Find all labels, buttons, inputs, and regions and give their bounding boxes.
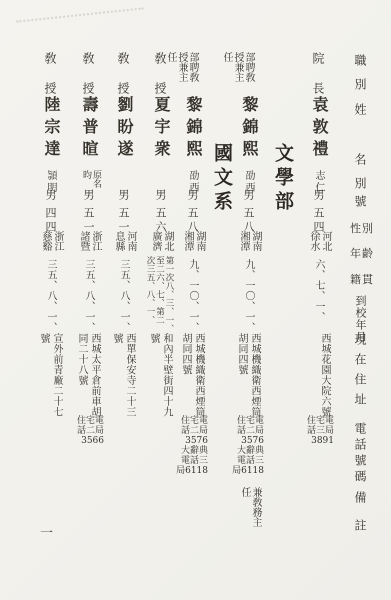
address-cell: 和內半壁街四十九號 [147,333,173,425]
note-cell: 兼敎務主任 [239,487,261,533]
address-cell: 西城機織衛西煙筒胡同四號 [179,333,205,425]
address-cell: 西城機織衛西煙筒胡同四號 [235,333,261,425]
phone-cell: 住宅電 話二局 3566 [68,416,104,446]
person-column-shou-puxuan: 敎授 壽普暄 原名昀 男 五一 浙江諸暨 三五、八、一、 西城太平倉前車胡同二十… [72,50,102,570]
gender-cell: 男 [312,189,324,200]
address-cell: 西城太平倉前車胡同二十八號 [75,333,101,425]
header-age: 年齡 [350,245,374,261]
header-column: 職別 姓 名 別號 性別 年齡 籍貫 到校年月 現在住址 電話號碼 備註 [344,50,374,570]
scan-artifact [16,7,144,22]
header-origin: 籍貫 [350,271,374,287]
name-cell: 陸宗達 [45,96,57,162]
header-note: 備註 [354,491,366,547]
origin-cell: 浙江諸暨 [77,231,101,257]
origin-cell: 湖南湘潭 [237,231,261,257]
origin-cell: 浙江慈谿 [39,231,63,257]
origin-cell: 河北徐水 [307,231,331,257]
name-cell: 夏宇衆 [155,96,167,162]
phone-cell: 住宅電 話二局 3576 大辭典 電話三 局6118 [228,416,264,476]
person-column-xia-yuzhong: 敎授 夏宇衆 男 五六 湖北廣濟 第一次八、三、一、 至二六、七、第二 次三五、… [146,50,174,570]
header-gender: 性別 [350,220,374,236]
name-cell: 壽普暄 [83,96,95,162]
header-phone: 電話號碼 [354,422,366,486]
header-alias: 別號 [354,177,366,213]
address-cell: 西城花園大院六號 [318,333,331,425]
address-cell: 西單保安寺二十三號 [110,333,136,425]
header-surname: 姓 [354,103,366,115]
name-cell: 袁敦禮 [313,96,325,162]
name-cell: 黎錦熙 [243,96,255,162]
section-title-chinese-department: 國文系 [216,143,228,215]
header-job: 職別 [354,54,366,102]
name-cell: 黎錦熙 [187,96,199,162]
gender-cell: 男 [242,189,254,200]
header-given-name: 名 [354,153,366,165]
person-column-liu-pansui: 敎授 劉盼遂 男 五一 河南息縣 三五、八、一、 西單保安寺二十三號 [105,50,137,570]
gender-cell: 男 [186,189,198,200]
person-column-lu-zongda: 敎授 陸宗達 頴明 男 四四 浙江慈谿 三五、八、一、 宣外前青廠二十七號 [32,50,64,570]
address-cell: 宣外前青廠二十七號 [37,333,63,425]
section-title-literature-division: 文學部 [277,143,289,215]
phone-cell: 住宅電 話二局 3576 大辭典 電話三 局6118 [172,416,208,476]
origin-cell: 湖北廣濟 [149,231,173,257]
page-number: 一 [40,522,53,541]
scanned-directory-page: 職別 姓 名 別號 性別 年齡 籍貫 到校年月 現在住址 電話號碼 備註 院長 … [0,0,391,600]
phone-cell: 住宅電 話三局 3891 [298,416,334,446]
gender-cell: 男 [117,189,129,200]
gender-cell: 男 [44,189,56,200]
header-address: 現在住址 [354,333,366,413]
person-column-president: 院長 袁敦禮 志仁 男 五四 河北徐水 六、七、一、 西城花園大院六號 住宅電 … [300,50,332,570]
person-column-li-jinxi-department: 部聘敎授兼主任 黎錦熙 劭西 男 五八 湖南湘潭 九、一〇、一、 西城機織衛西煙… [176,50,206,570]
name-cell: 劉盼遂 [118,96,130,162]
section-title-column-department: 國文系 [207,50,231,570]
person-column-li-jinxi-division: 部聘敎授兼主任 黎錦熙 劭西 男 五八 湖南湘潭 九、一〇、一、 西城機織衛西煙… [232,50,262,570]
origin-cell: 河南息縣 [112,231,136,257]
gender-cell: 男 [154,189,166,200]
arrival-cell: 第一次八、三、一、 至二六、七、第二 次三五、八、一、 [145,256,174,344]
section-title-column-division: 文學部 [266,50,292,570]
origin-cell: 湖南湘潭 [181,231,205,257]
gender-cell: 男 [82,189,94,200]
